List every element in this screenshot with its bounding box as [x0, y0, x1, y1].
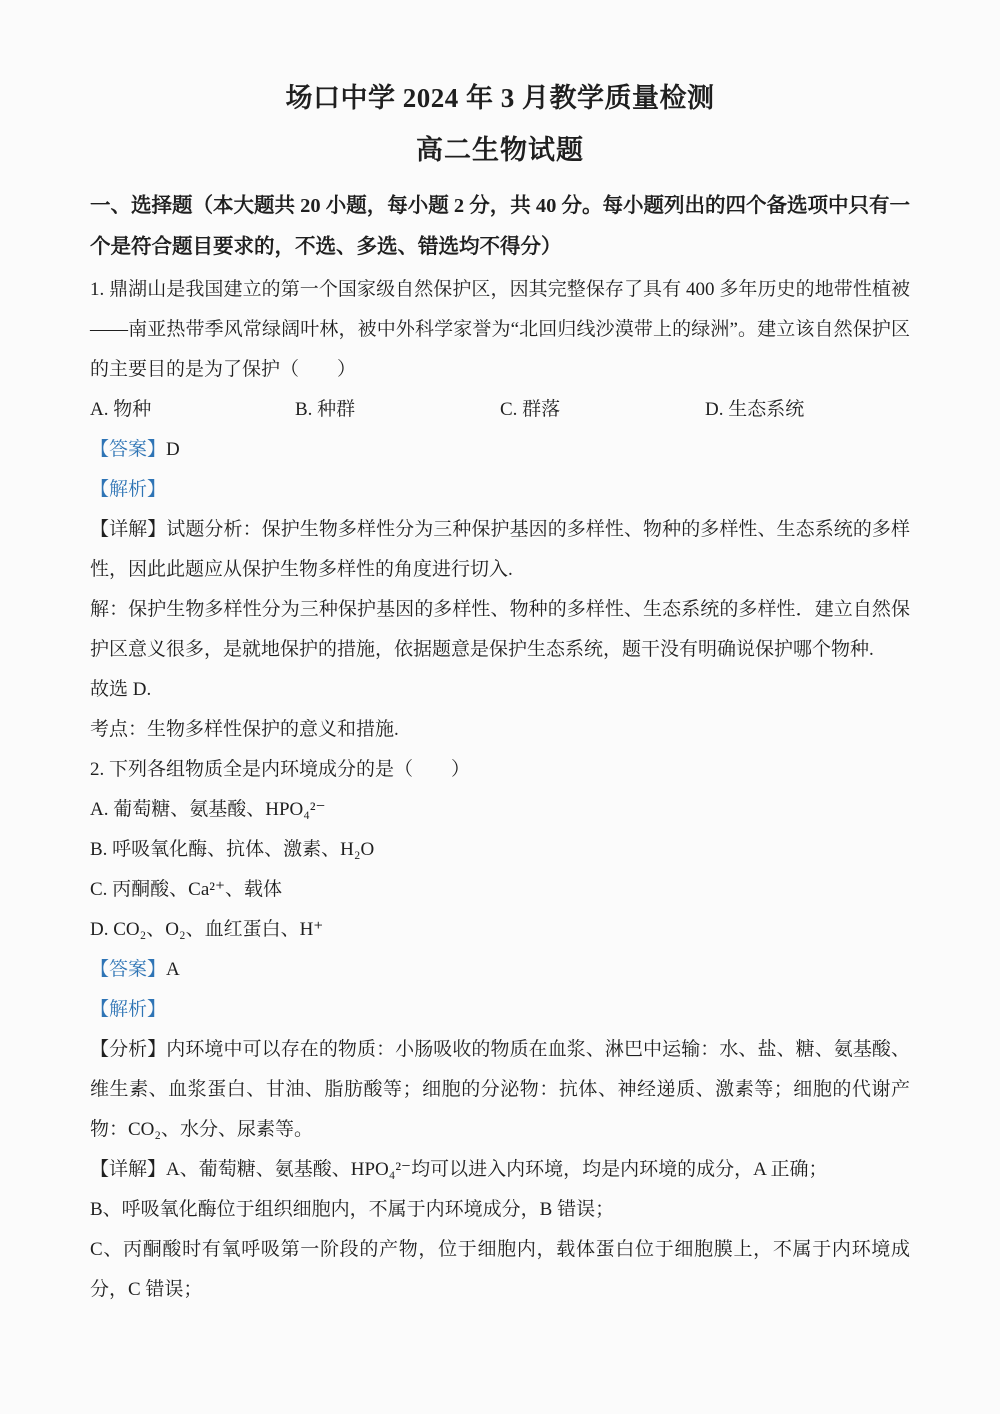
q1-detail-paragraph: 【详解】试题分析：保护生物多样性分为三种保护基因的多样性、物种的多样性、生态系统… — [90, 510, 910, 590]
q2-detail-c: C、丙酮酸时有氧呼吸第一阶段的产物，位于细胞内，载体蛋白位于细胞膜上，不属于内环… — [90, 1230, 910, 1310]
q2-option-a: A. 葡萄糖、氨基酸、HPO₄²⁻ — [90, 790, 910, 830]
q1-answer-line: 【答案】D — [90, 430, 910, 470]
q2-answer-tag: 【答案】 — [90, 959, 166, 980]
q1-options-row: A. 物种 B. 种群 C. 群落 D. 生态系统 — [90, 390, 910, 430]
q2-analysis-line: 【解析】 — [90, 990, 910, 1030]
q1-answer-value: D — [166, 439, 180, 460]
q2-stem: 2. 下列各组物质全是内环境成分的是（ ） — [90, 750, 910, 790]
q2-detail-a: 【详解】A、葡萄糖、氨基酸、HPO₄²⁻均可以进入内环境，均是内环境的成分，A … — [90, 1150, 910, 1190]
q1-keypoint: 考点：生物多样性保护的意义和措施. — [90, 710, 910, 750]
q2-option-b: B. 呼吸氧化酶、抗体、激素、H₂O — [90, 830, 910, 870]
q1-option-c: C. 群落 — [500, 390, 705, 430]
q1-option-d: D. 生态系统 — [705, 390, 910, 430]
document-content: 场口中学 2024 年 3 月教学质量检测 高二生物试题 一、选择题（本大题共 … — [0, 0, 1000, 1310]
q1-option-b: B. 种群 — [295, 390, 500, 430]
q2-answer-value: A — [166, 959, 180, 980]
q2-answer-line: 【答案】A — [90, 950, 910, 990]
page-title: 场口中学 2024 年 3 月教学质量检测 — [90, 78, 910, 118]
q1-answer-tag: 【答案】 — [90, 439, 166, 460]
q1-analysis-line: 【解析】 — [90, 470, 910, 510]
page-subtitle: 高二生物试题 — [90, 130, 910, 170]
q1-option-a: A. 物种 — [90, 390, 295, 430]
section-heading: 一、选择题（本大题共 20 小题，每小题 2 分，共 40 分。每小题列出的四个… — [90, 186, 910, 268]
q1-solution-paragraph: 解：保护生物多样性分为三种保护基因的多样性、物种的多样性、生态系统的多样性．建立… — [90, 590, 910, 670]
q2-option-c: C. 丙酮酸、Ca²⁺、载体 — [90, 870, 910, 910]
q1-stem: 1. 鼎湖山是我国建立的第一个国家级自然保护区，因其完整保存了具有 400 多年… — [90, 270, 910, 390]
q1-analysis-tag: 【解析】 — [90, 479, 166, 500]
exam-document-page: 场口中学 2024 年 3 月教学质量检测 高二生物试题 一、选择题（本大题共 … — [0, 0, 1000, 1414]
q2-analysis-tag: 【解析】 — [90, 999, 166, 1020]
q2-detail-b: B、呼吸氧化酶位于组织细胞内，不属于内环境成分，B 错误； — [90, 1190, 910, 1230]
q2-option-d: D. CO₂、O₂、血红蛋白、H⁺ — [90, 910, 910, 950]
q1-conclusion: 故选 D. — [90, 670, 910, 710]
q2-analysis-paragraph: 【分析】内环境中可以存在的物质：小肠吸收的物质在血浆、淋巴中运输：水、盐、糖、氨… — [90, 1030, 910, 1150]
